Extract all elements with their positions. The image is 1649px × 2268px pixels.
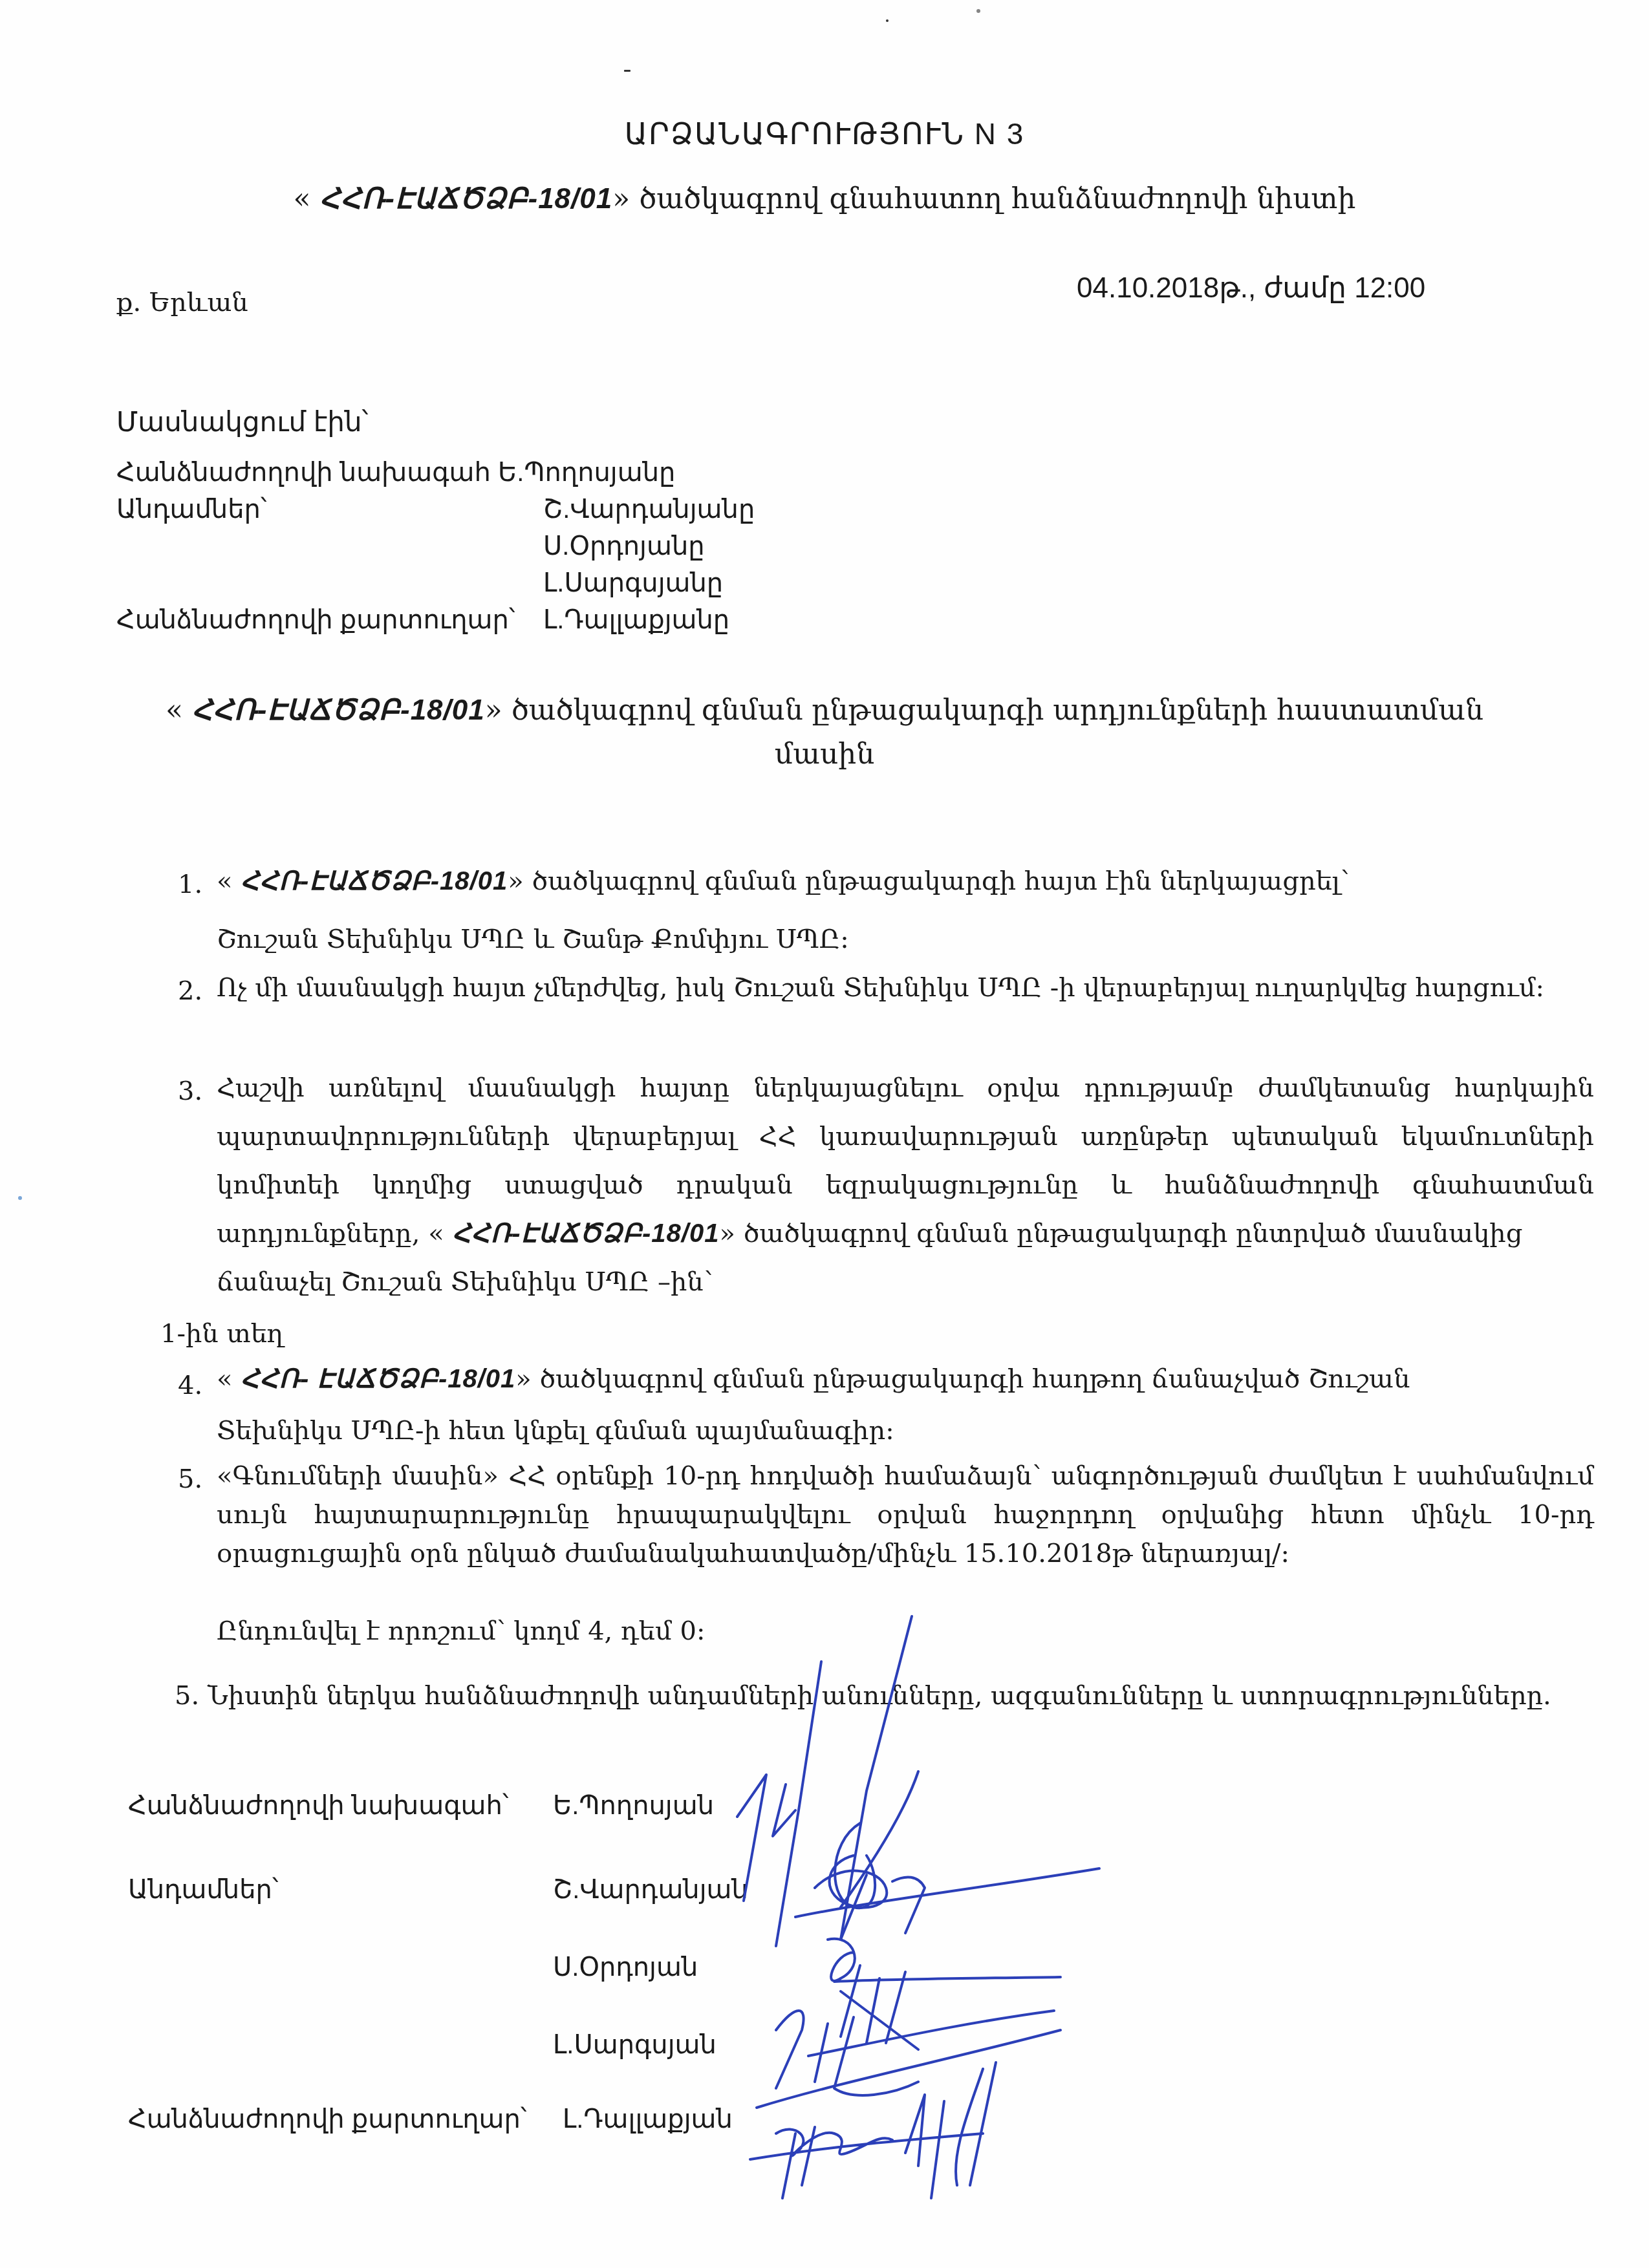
item-3-line-2: պարտավորությունների վերաբերյալ ՀՀ կառավա…	[217, 1122, 1594, 1151]
item-5-line-3: օրացուցային օրն ընկած ժամանակահատվածը/մի…	[217, 1539, 1289, 1568]
item-5-line-1: «Գնումների մասին» ՀՀ օրենքի 10-րդ հոդված…	[217, 1461, 1594, 1491]
item-text: արդյունքները,	[217, 1219, 420, 1248]
closing-statement: 5. Նիստին ներկա հանձնաժողովի անդամների ա…	[175, 1681, 1551, 1711]
chair-name: Ե.Պողոսյանը	[498, 458, 675, 487]
document-title: ԱՐՁԱՆԱԳՐՈՒԹՅՈՒՆ N 3	[0, 116, 1649, 151]
scan-speck	[18, 1196, 22, 1200]
sig-secretary-name: Լ.Դալլաքյան	[563, 2104, 733, 2134]
item-4-line-1: « ՀՀՌ- ԷԱՃԾՁԲ-18/01» ծածկագրով գնման ընթ…	[217, 1364, 1410, 1394]
procurement-code: ՀՀՌ-ԷԱՃԾՁԲ-18/01	[452, 1219, 719, 1248]
document-subtitle: « ՀՀՌ-ԷԱՃԾՁԲ-18/01» ծածկագրով գնահատող հ…	[0, 182, 1649, 215]
sig-member-name: Շ.Վարդանյան	[553, 1875, 748, 1905]
item-number: 1.	[178, 870, 202, 899]
item-2-line-1: Ոչ մի մասնակցի հայտ չմերժվեց, իսկ Շուշան…	[217, 973, 1544, 1003]
vote-result: Ընդունվել է որոշում՝ կողմ 4, դեմ 0:	[217, 1616, 705, 1646]
item-5-line-2: սույն հայտարարությունը հրապարակվելու օրվ…	[217, 1500, 1594, 1530]
attendance-heading: Մասնակցում էին՝	[116, 406, 369, 438]
sig-member-name: Լ.Սարգսյան	[553, 2030, 717, 2060]
item-3-line-4: արդյունքները, « ՀՀՌ-ԷԱՃԾՁԲ-18/01» ծածկագ…	[217, 1219, 1522, 1248]
city: ք. Երևան	[116, 288, 248, 317]
item-number: 5.	[178, 1464, 202, 1494]
place-label: 1-ին տեղ	[160, 1319, 283, 1349]
subject-text: ծածկագրով գնման ընթացակարգի արդյունքների…	[512, 694, 1483, 771]
item-1-line-1: « ՀՀՌ-ԷԱՃԾՁԲ-18/01» ծածկագրով գնման ընթա…	[217, 866, 1350, 896]
sig-chair-label: Հանձնաժողովի նախագահ՝	[128, 1791, 508, 1821]
scan-speck	[624, 70, 630, 72]
meeting-datetime: 04.10.2018թ., ժամը 12:00	[1077, 272, 1425, 305]
item-3-line-1: Հաշվի առնելով մասնակցի հայտը ներկայացնել…	[217, 1073, 1594, 1103]
item-number: 4.	[178, 1371, 202, 1400]
sig-members-label: Անդամներ՝	[128, 1875, 278, 1905]
item-text: ծածկագրով գնման ընթացակարգի ընտրված մասն…	[744, 1219, 1523, 1248]
chair-label: Հանձնաժողովի նախագահ Ե.Պողոսյանը	[116, 458, 675, 487]
scan-speck	[886, 19, 889, 22]
item-1-line-2: Շուշան Տեխնիկս ՍՊԸ և Շանթ Քոմփյու ՍՊԸ:	[217, 925, 849, 954]
item-4-line-2: Տեխնիկս ՍՊԸ-ի հետ կնքել գնման պայմանագիր…	[217, 1416, 894, 1446]
member-name: Շ.Վարդանյանը	[543, 495, 755, 524]
item-text: ծածկագրով գնման ընթացակարգի հայտ էին ներ…	[532, 866, 1349, 896]
procurement-code: ՀՀՌ-ԷԱՃԾՁԲ-18/01	[192, 694, 485, 726]
document-page: ԱՐՁԱՆԱԳՐՈՒԹՅՈՒՆ N 3 « ՀՀՌ-ԷԱՃԾՁԲ-18/01» …	[0, 0, 1649, 2268]
member-name: Լ.Սարգսյանը	[543, 568, 723, 598]
secretary-label: Հանձնաժողովի քարտուղար՝	[116, 605, 515, 635]
item-text: ծածկագրով գնման ընթացակարգի հաղթող ճանաչ…	[540, 1364, 1410, 1394]
item-3-line-5: ճանաչել Շուշան Տեխնիկս ՍՊԸ –ին՝	[217, 1267, 713, 1297]
procurement-code: ՀՀՌ- ԷԱՃԾՁԲ-18/01	[241, 1365, 515, 1393]
secretary-name: Լ.Դալլաքյանը	[543, 605, 729, 635]
procurement-code: ՀՀՌ-ԷԱՃԾՁԲ-18/01	[320, 183, 613, 215]
sig-secretary-label: Հանձնաժողովի քարտուղար՝	[128, 2104, 526, 2134]
scan-speck	[976, 9, 980, 13]
item-number: 2.	[178, 976, 202, 1006]
subject-heading: « ՀՀՌ-ԷԱՃԾՁԲ-18/01» ծածկագրով գնման ընթա…	[0, 689, 1649, 776]
subtitle-text: ծածկագրով գնահատող հանձնաժողովի նիստի	[639, 182, 1355, 215]
members-label: Անդամներ՝	[116, 495, 266, 524]
sig-member-name: Ս.Օրդոյան	[553, 1952, 698, 1982]
procurement-code: ՀՀՌ-ԷԱՃԾՁԲ-18/01	[241, 867, 508, 895]
item-number: 3.	[178, 1076, 202, 1106]
member-name: Ս.Օրդոյանը	[543, 531, 705, 561]
chair-label-text: Հանձնաժողովի նախագահ	[116, 458, 491, 487]
item-3-line-3: կոմիտեի կողմից ստացված դրական եզրակացութ…	[217, 1170, 1594, 1200]
sig-chair-name: Ե.Պողոսյան	[553, 1791, 714, 1821]
